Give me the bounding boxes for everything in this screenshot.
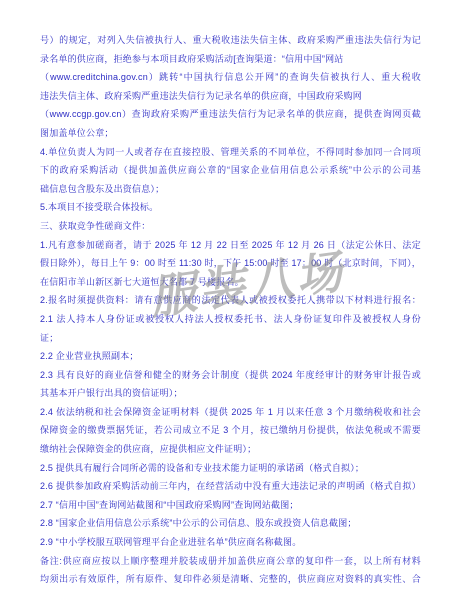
document-line: 备注:供应商应按以上顺序整理并胶装成册并加盖供应商公章的复印件一套，以上所有材料	[40, 552, 421, 571]
document-line: 5.本项目不接受联合体投标。	[40, 198, 421, 217]
document-line: 图加盖单位公章；	[40, 124, 421, 143]
document-line: 2.4 依法纳税和社会保障资金证明材料（提供 2025 年 1 月以来任意 3 …	[40, 403, 421, 422]
document-line: 2.1 法人持本人身份证或被授权人持法人授权委托书、法人身份证复印件及被授权人身…	[40, 310, 421, 329]
document-line: 违法失信主体、政府采购严重违法失信行为记录名单的供应商，中国政府采购网	[40, 87, 421, 106]
document-line: 三、获取竞争性磋商文件：	[40, 217, 421, 236]
document-line: （www.creditchina.gov.cn）跳转“中国执行信息公开网”的查询…	[40, 68, 421, 87]
document-line: 2.7 “信用中国”查询网站截图和“中国政府采购网”查询网站截图；	[40, 496, 421, 515]
document-line: 2.报名时须提供资料：请有意供应商的法定代表人或被授权委托人携带以下材料进行报名…	[40, 291, 421, 310]
document-line: 2.6 提供参加政府采购活动前三年内，在经营活动中没有重大违法记录的声明函（格式…	[40, 477, 421, 496]
document-line: 均须出示有效原件，所有原件、复印件必须是清晰、完整的，供应商应对资料的真实性、合	[40, 570, 421, 589]
document-line: 缴纳社会保障资金的供应商，应提供相应文件证明）；	[40, 440, 421, 459]
document-line: 号）的规定，对列入失信被执行人、重大税收违法失信主体、政府采购严重违法失信行为记	[40, 31, 421, 50]
document-line: 2.2 企业营业执照副本；	[40, 347, 421, 366]
document-line: 假日除外），每日上午 9：00 时至 11:30 时，下午 15:00 时至 1…	[40, 254, 421, 273]
document-line: 在信阳市羊山新区新七大道恒大名都 7 号楼报名。	[40, 273, 421, 292]
document-line: 其基本开户银行出具的资信证明）；	[40, 384, 421, 403]
document-line: （www.ccgp.gov.cn）查询政府采购严重违法失信行为记录名单的供应商，…	[40, 105, 421, 124]
document-line: 证；	[40, 329, 421, 348]
document-line: 4.单位负责人为同一人或者存在直接控股、管理关系的不同单位，不得同时参加同一合同…	[40, 143, 421, 162]
document-line: 2.3 具有良好的商业信誉和健全的财务会计制度（提供 2024 年度经审计的财务…	[40, 366, 421, 385]
document-line: 础信息包含股东及出资信息）；	[40, 180, 421, 199]
document-line: 下的政府采购活动（提供加盖供应商公章的“国家企业信用信息公示系统”中公示的公司基	[40, 161, 421, 180]
document-line: 2.5 提供具有履行合同所必需的设备和专业技术能力证明的承诺函（格式自拟）；	[40, 459, 421, 478]
document-line: 2.9 “中小学校服互联网管理平台企业进驻名单”供应商名称截图。	[40, 533, 421, 552]
document-lines: 号）的规定，对列入失信被执行人、重大税收违法失信主体、政府采购严重违法失信行为记…	[40, 31, 421, 589]
document-page: 号）的规定，对列入失信被执行人、重大税收违法失信主体、政府采购严重违法失信行为记…	[0, 0, 450, 600]
document-line: 录名单的供应商，拒绝参与本项目政府采购活动[查询渠道：“信用中国”网站	[40, 50, 421, 69]
document-line: 1.凡有意参加磋商者，请于 2025 年 12 月 22 日至 2025 年 1…	[40, 236, 421, 255]
document-line: 2.8 “国家企业信用信息公示系统”中公示的公司信息、股东或投资人信息截图；	[40, 514, 421, 533]
document-line: 保障资金的缴费票据凭证，若公司成立不足 3 个月，按已缴纳月份提供，依法免税或不…	[40, 421, 421, 440]
